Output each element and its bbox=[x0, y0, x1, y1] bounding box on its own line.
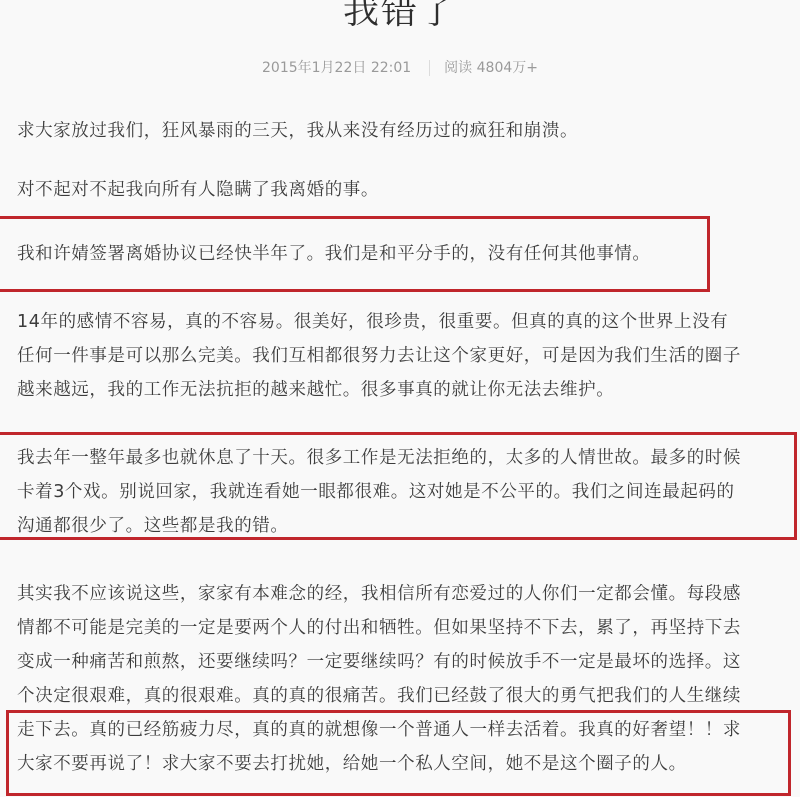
paragraph-line: 大家不要再说了！求大家不要去打扰她，给她一个私人空间，她不是这个圈子的人。 bbox=[17, 747, 793, 781]
paragraph-line: 个决定很艰难，真的很艰难。真的真的很痛苦。我们已经鼓了很大的勇气把我们的人生继续 bbox=[17, 679, 793, 713]
paragraph-line: 情都不可能是完美的一定是要两个人的付出和牺牲。但如果坚持不下去，累了，再坚持下去 bbox=[17, 611, 793, 645]
paragraph-line: 走下去。真的已经筋疲力尽，真的真的就想像一个普通人一样去活着。我真的好奢望！！求 bbox=[17, 713, 793, 747]
paragraph-5: 我去年一整年最多也就休息了十天。很多工作是无法拒绝的，太多的人情世故。最多的时候… bbox=[17, 441, 793, 543]
paragraph-2: 对不起对不起我向所有人隐瞒了我离婚的事。 bbox=[17, 173, 793, 207]
paragraph-line: 求大家放过我们，狂风暴雨的三天，我从来没有经历过的疯狂和崩溃。 bbox=[17, 114, 793, 148]
read-count: 4804万+ bbox=[477, 60, 538, 76]
meta-divider bbox=[429, 60, 430, 76]
paragraph-line: 我和许婧签署离婚协议已经快半年了。我们是和平分手的，没有任何其他事情。 bbox=[17, 237, 793, 271]
publish-date: 2015年1月22日 22:01 bbox=[262, 60, 411, 76]
paragraph-line: 14年的感情不容易，真的不容易。很美好，很珍贵，很重要。但真的真的这个世界上没有 bbox=[17, 305, 793, 339]
paragraph-6: 其实我不应该说这些，家家有本难念的经，我相信所有恋爱过的人你们一定都会懂。每段感… bbox=[17, 577, 793, 781]
paragraph-line: 越来越远，我的工作无法抗拒的越来越忙。很多事真的就让你无法去维护。 bbox=[17, 373, 793, 407]
paragraph-line: 沟通都很少了。这些都是我的错。 bbox=[17, 509, 793, 543]
read-label: 阅读 bbox=[444, 60, 472, 76]
paragraph-line: 卡着3个戏。别说回家，我就连看她一眼都很难。这对她是不公平的。我们之间连最起码的 bbox=[17, 475, 793, 509]
paragraph-line: 我去年一整年最多也就休息了十天。很多工作是无法拒绝的，太多的人情世故。最多的时候 bbox=[17, 441, 793, 475]
paragraph-line: 对不起对不起我向所有人隐瞒了我离婚的事。 bbox=[17, 173, 793, 207]
article-meta: 2015年1月22日 22:01阅读 4804万+ bbox=[0, 58, 800, 78]
paragraph-line: 其实我不应该说这些，家家有本难念的经，我相信所有恋爱过的人你们一定都会懂。每段感 bbox=[17, 577, 793, 611]
paragraph-3: 我和许婧签署离婚协议已经快半年了。我们是和平分手的，没有任何其他事情。 bbox=[17, 237, 793, 271]
paragraph-line: 任何一件事是可以那么完美。我们互相都很努力去让这个家更好，可是因为我们生活的圈子 bbox=[17, 339, 793, 373]
paragraph-4: 14年的感情不容易，真的不容易。很美好，很珍贵，很重要。但真的真的这个世界上没有… bbox=[17, 305, 793, 407]
article-title: 我错了 bbox=[0, 0, 800, 36]
paragraph-line: 变成一种痛苦和煎熬，还要继续吗？一定要继续吗？有的时候放手不一定是最坏的选择。这 bbox=[17, 645, 793, 679]
paragraph-1: 求大家放过我们，狂风暴雨的三天，我从来没有经历过的疯狂和崩溃。 bbox=[17, 114, 793, 148]
